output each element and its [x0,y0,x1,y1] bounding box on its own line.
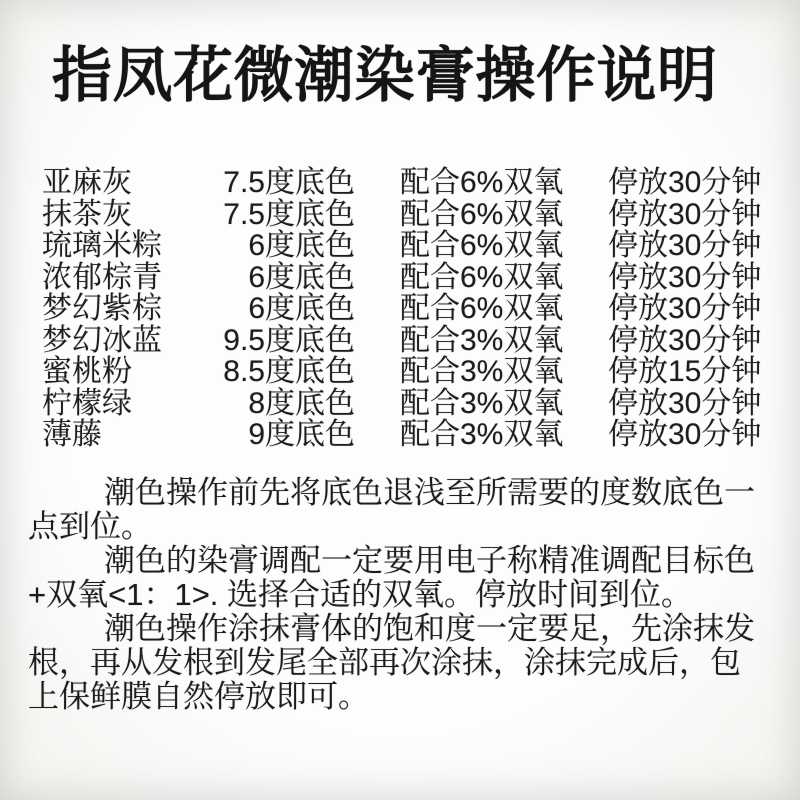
base-level: 6度底色 [215,262,355,294]
developer-ratio: 配合6%双氧 [355,199,608,231]
developer-ratio: 配合3%双氧 [355,419,608,451]
base-level: 9度底色 [215,419,355,451]
table-row: 薄藤 9度底色 配合3%双氧 停放30分钟 [42,419,792,451]
table-row: 亚麻灰 7.5度底色 配合6%双氧 停放30分钟 [42,167,792,199]
color-name: 蜜桃粉 [42,356,215,388]
processing-time: 停放30分钟 [608,325,792,357]
processing-time: 停放30分钟 [608,388,792,420]
developer-ratio: 配合3%双氧 [355,356,608,388]
color-name: 琉璃米粽 [42,230,215,262]
processing-time: 停放30分钟 [608,419,792,451]
table-row: 抹茶灰 7.5度底色 配合6%双氧 停放30分钟 [42,199,792,231]
operation-notes: 潮色操作前先将底色退浅至所需要的度数底色一点到位。 潮色的染膏调配一定要用电子称… [28,476,770,714]
dye-instruction-table: 亚麻灰 7.5度底色 配合6%双氧 停放30分钟 抹茶灰 7.5度底色 配合6%… [42,167,792,451]
processing-time: 停放30分钟 [608,199,792,231]
color-name: 柠檬绿 [42,388,215,420]
color-name: 浓郁棕青 [42,262,215,294]
base-level: 8度底色 [215,388,355,420]
developer-ratio: 配合3%双氧 [355,325,608,357]
note-paragraph: 潮色的染膏调配一定要用电子称精准调配目标色+双氧<1：1>. 选择合适的双氧。停… [28,544,770,612]
processing-time: 停放15分钟 [608,356,792,388]
developer-ratio: 配合6%双氧 [355,293,608,325]
processing-time: 停放30分钟 [608,262,792,294]
table-row: 柠檬绿 8度底色 配合3%双氧 停放30分钟 [42,388,792,420]
base-level: 8.5度底色 [215,356,355,388]
processing-time: 停放30分钟 [608,167,792,199]
color-name: 亚麻灰 [42,167,215,199]
table-row: 浓郁棕青 6度底色 配合6%双氧 停放30分钟 [42,262,792,294]
processing-time: 停放30分钟 [608,293,792,325]
developer-ratio: 配合6%双氧 [355,262,608,294]
table-row: 梦幻冰蓝 9.5度底色 配合3%双氧 停放30分钟 [42,325,792,357]
table-row: 蜜桃粉 8.5度底色 配合3%双氧 停放15分钟 [42,356,792,388]
base-level: 6度底色 [215,230,355,262]
page-title: 指凤花微潮染膏操作说明 [52,28,718,114]
developer-ratio: 配合6%双氧 [355,230,608,262]
table-row: 琉璃米粽 6度底色 配合6%双氧 停放30分钟 [42,230,792,262]
base-level: 6度底色 [215,293,355,325]
developer-ratio: 配合6%双氧 [355,167,608,199]
base-level: 9.5度底色 [215,325,355,357]
color-name: 薄藤 [42,419,215,451]
developer-ratio: 配合3%双氧 [355,388,608,420]
color-name: 梦幻冰蓝 [42,325,215,357]
note-paragraph: 潮色操作涂抹膏体的饱和度一定要足，先涂抹发根，再从发根到发尾全部再次涂抹，涂抹完… [28,612,770,714]
table-row: 梦幻紫棕 6度底色 配合6%双氧 停放30分钟 [42,293,792,325]
color-name: 抹茶灰 [42,199,215,231]
note-paragraph: 潮色操作前先将底色退浅至所需要的度数底色一点到位。 [28,476,770,544]
base-level: 7.5度底色 [215,167,355,199]
processing-time: 停放30分钟 [608,230,792,262]
base-level: 7.5度底色 [215,199,355,231]
color-name: 梦幻紫棕 [42,293,215,325]
